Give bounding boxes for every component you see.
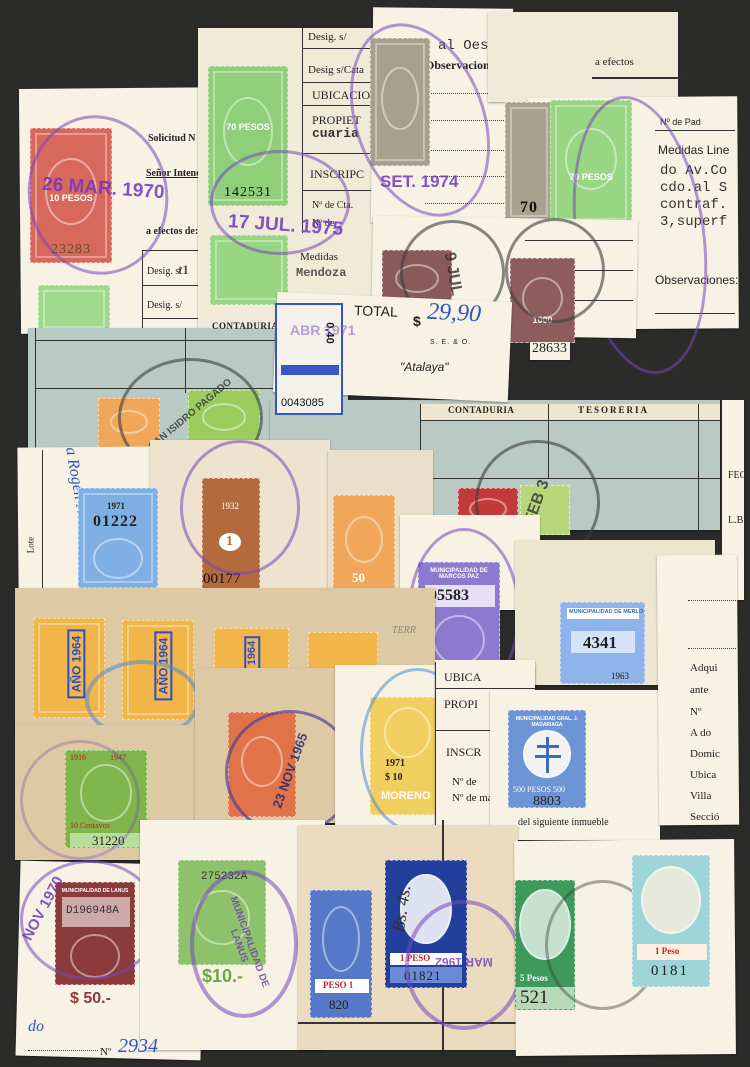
stamp-lomas-3-overprint: 1964 (244, 636, 260, 670)
label-nro-de-lower: Nº de (452, 776, 477, 788)
stamp-merlo: MUNICIPALIDAD DE MERLO 4341 1963 (560, 602, 645, 684)
stamp-madariaga-value: 500 PESOS 500 (513, 785, 565, 794)
stamp-serial: 70 (506, 199, 552, 217)
stamp-lujan-small: PESO 1 820 (310, 890, 372, 1018)
label-medidas: Medidas (300, 251, 338, 263)
label-right-4: A do (690, 727, 711, 739)
label-propi: PROPI (444, 697, 478, 712)
label-lb: L.B (728, 515, 743, 526)
label-tesoreria: TESORERIA (578, 405, 649, 415)
stamp-rodriguez-teal: 1 Peso 0181 (632, 855, 710, 987)
label-lote: Lote (25, 537, 35, 554)
postmark-date-lavalle-3: SET. 1974 (380, 172, 458, 192)
stamp-tigre-serial: 0043085 (281, 397, 324, 409)
stamp-orange-value: 50 (352, 570, 365, 586)
stamp-municipality: MUNICIPALIDAD GRAL. J. MADARIAGA (509, 716, 585, 728)
label-right-5: Domic (690, 748, 720, 760)
stamp-pilar-blue: 1971 01222 (78, 488, 158, 588)
cross-bar (535, 755, 561, 758)
label-fec: FEC (728, 470, 746, 481)
stamp-rodriguez-teal-serial: 0181 (651, 963, 689, 980)
stamp-pilar-year: 1971 (107, 501, 125, 511)
stamp-rodriguez-green-value: 5 Pesos (520, 973, 548, 983)
label-desig-2: Desig. s/ (147, 300, 182, 311)
form-rule (592, 77, 682, 79)
stamp-rodriguez-teal-value: 1 Peso (655, 946, 679, 956)
label-right-8: Secció (690, 811, 719, 823)
label-a-efectos: a efectos (595, 56, 634, 68)
stamp-merlo-serial: 4341 (583, 633, 617, 653)
label-tierra: TERR (392, 625, 416, 636)
label-inscr: INSCR (446, 745, 481, 760)
postmark-lujan: MAR 1962 (405, 900, 523, 1030)
label-solicitud: Solicitud N (148, 133, 196, 144)
receipt-total-value: 29,90 (426, 299, 481, 329)
stamp-pilar-serial: 01222 (93, 513, 138, 531)
ledger-rule (420, 420, 720, 421)
dotted-line (688, 600, 736, 601)
label-right-2: ante (690, 684, 708, 696)
receipt-total-label: TOTAL (354, 302, 398, 320)
value-desig-1: t1 (178, 262, 189, 278)
label-nro-bottom: Nº (100, 1046, 111, 1058)
stamp-tigre-blue: 0,40 0043085 (275, 303, 343, 415)
ledger-rule (698, 404, 699, 530)
value-propietario: cuaria (312, 126, 359, 141)
label-ubica: UBICA (444, 670, 481, 685)
stamp-merlo-municipality: MUNICIPALIDAD DE MERLO (569, 609, 643, 615)
stamp-madariaga: MUNICIPALIDAD GRAL. J. MADARIAGA 500 PES… (508, 710, 586, 808)
value-medidas: Mendoza (296, 266, 346, 280)
label-desig-s: Desig. s/ (308, 31, 347, 43)
stamp-lujan-small-value: PESO 1 (323, 980, 353, 990)
label-right-3: Nº (690, 706, 701, 718)
stamp-rodriguez-green-serial: 521 (520, 987, 549, 1009)
form-fragment-top-right-back (488, 12, 678, 102)
label-right-1: Adqui (690, 662, 718, 674)
dotted-line (28, 1050, 98, 1051)
label-contaduria-2: CONTADURIA (448, 405, 514, 415)
postmark-date: MAR 1962 (409, 955, 519, 969)
label-inmueble-footer: del siguiente inmueble (518, 817, 609, 828)
dotted-line (688, 648, 736, 649)
cross-bar (537, 745, 559, 748)
form-rule (435, 688, 535, 689)
handwritten-number-bottom: 2934 (118, 1035, 158, 1058)
label-right-6: Ubica (690, 769, 716, 781)
receipt-name-atalaya: "Atalaya" (400, 360, 449, 374)
stamp-tigre-band (281, 365, 339, 375)
stamp-lavalle-green-left (38, 285, 110, 333)
stamp-lavalle-grey-2: 70 (505, 102, 553, 222)
stamp-serial-san-isidro: 28633 (532, 341, 567, 357)
label-desig-1: Desig. s/ (147, 266, 182, 277)
ledger-rule (35, 328, 36, 448)
form-rule (302, 153, 372, 154)
label-contaduria: CONTADURIA (212, 321, 278, 331)
stamp-value: 70 PESOS (209, 122, 287, 132)
postmark-san-isidro-b (505, 218, 605, 323)
stamp-lanus-50-value: $ 50.- (70, 990, 111, 1008)
label-right-7: Villa (690, 790, 711, 802)
postmark-lanus: MUNICIPALIDAD DE LANUS (190, 870, 298, 1018)
receipt-seo: S. E. & O. (430, 339, 471, 346)
handwritten-do: do (28, 1018, 44, 1036)
postmark-rauch (180, 440, 300, 575)
stamp-lujan-small-serial: 820 (329, 997, 349, 1013)
stamp-orange-50: 50 (333, 495, 395, 590)
stamp-madariaga-serial: 8803 (533, 794, 561, 808)
postmark-green-1916 (20, 740, 140, 860)
receipt-currency: $ (413, 313, 421, 329)
stamp-lomas-1-overprint: AÑO 1964 (67, 630, 85, 699)
stamp-tigre-date: ABR 1971 (290, 322, 355, 338)
stamp-merlo-year: 1963 (611, 671, 629, 681)
form-rule (42, 450, 43, 590)
